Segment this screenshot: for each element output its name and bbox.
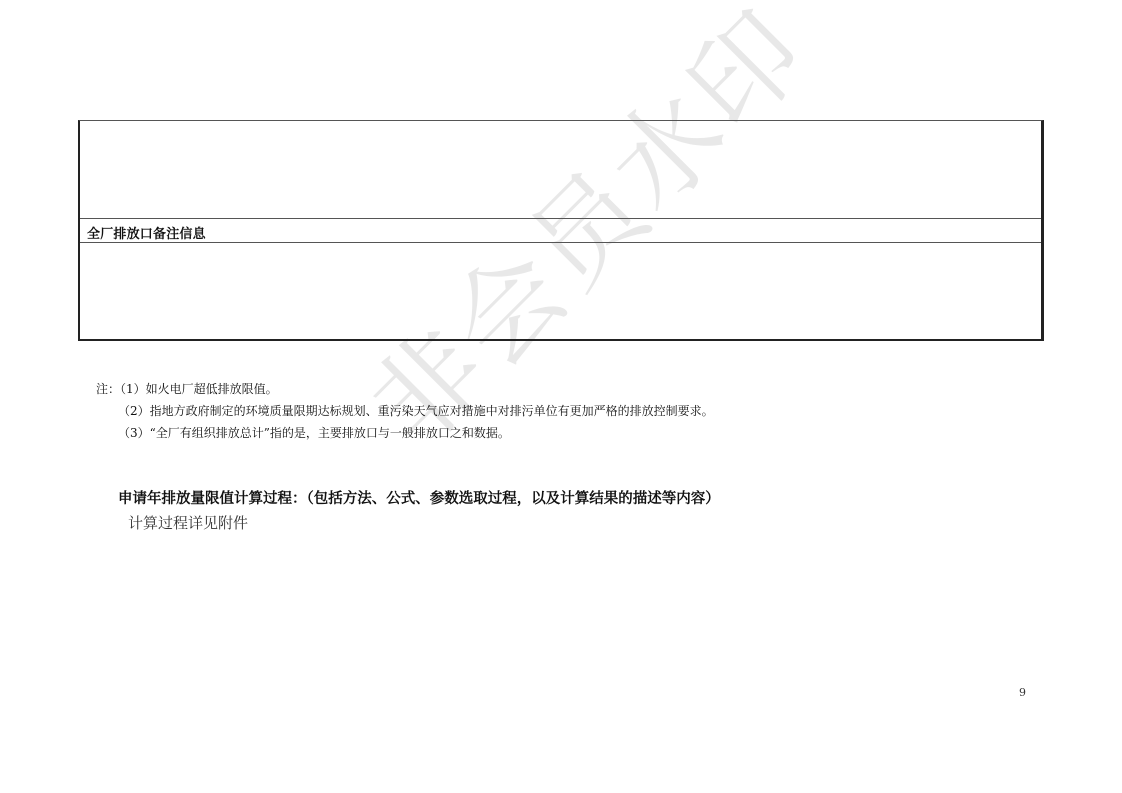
- calculation-title: 申请年排放量限值计算过程：（包括方法、公式、参数选取过程，以及计算结果的描述等内…: [118, 487, 720, 508]
- outlet-remarks-content-cell: [80, 244, 1041, 339]
- notes-section: 注：（1）如火电厂超低排放限值。 （2）指地方政府制定的环境质量限期达标规划、重…: [96, 378, 714, 444]
- note-item-1: 注：（1）如火电厂超低排放限值。: [96, 378, 714, 400]
- outlet-remarks-table: 全厂排放口备注信息: [78, 120, 1044, 341]
- page-number: 9: [1019, 686, 1026, 699]
- outlet-remarks-label: 全厂排放口备注信息: [87, 223, 206, 242]
- table-header-row: 全厂排放口备注信息: [80, 219, 1041, 243]
- calculation-body: 计算过程详见附件: [128, 512, 248, 533]
- table-blank-row-top: [80, 121, 1041, 219]
- note-item-2: （2）指地方政府制定的环境质量限期达标规划、重污染天气应对措施中对排污单位有更加…: [96, 400, 714, 422]
- notes-prefix: 注：: [96, 382, 120, 396]
- note-item-3: （3）“全厂有组织排放总计”指的是，主要排放口与一般排放口之和数据。: [96, 422, 714, 444]
